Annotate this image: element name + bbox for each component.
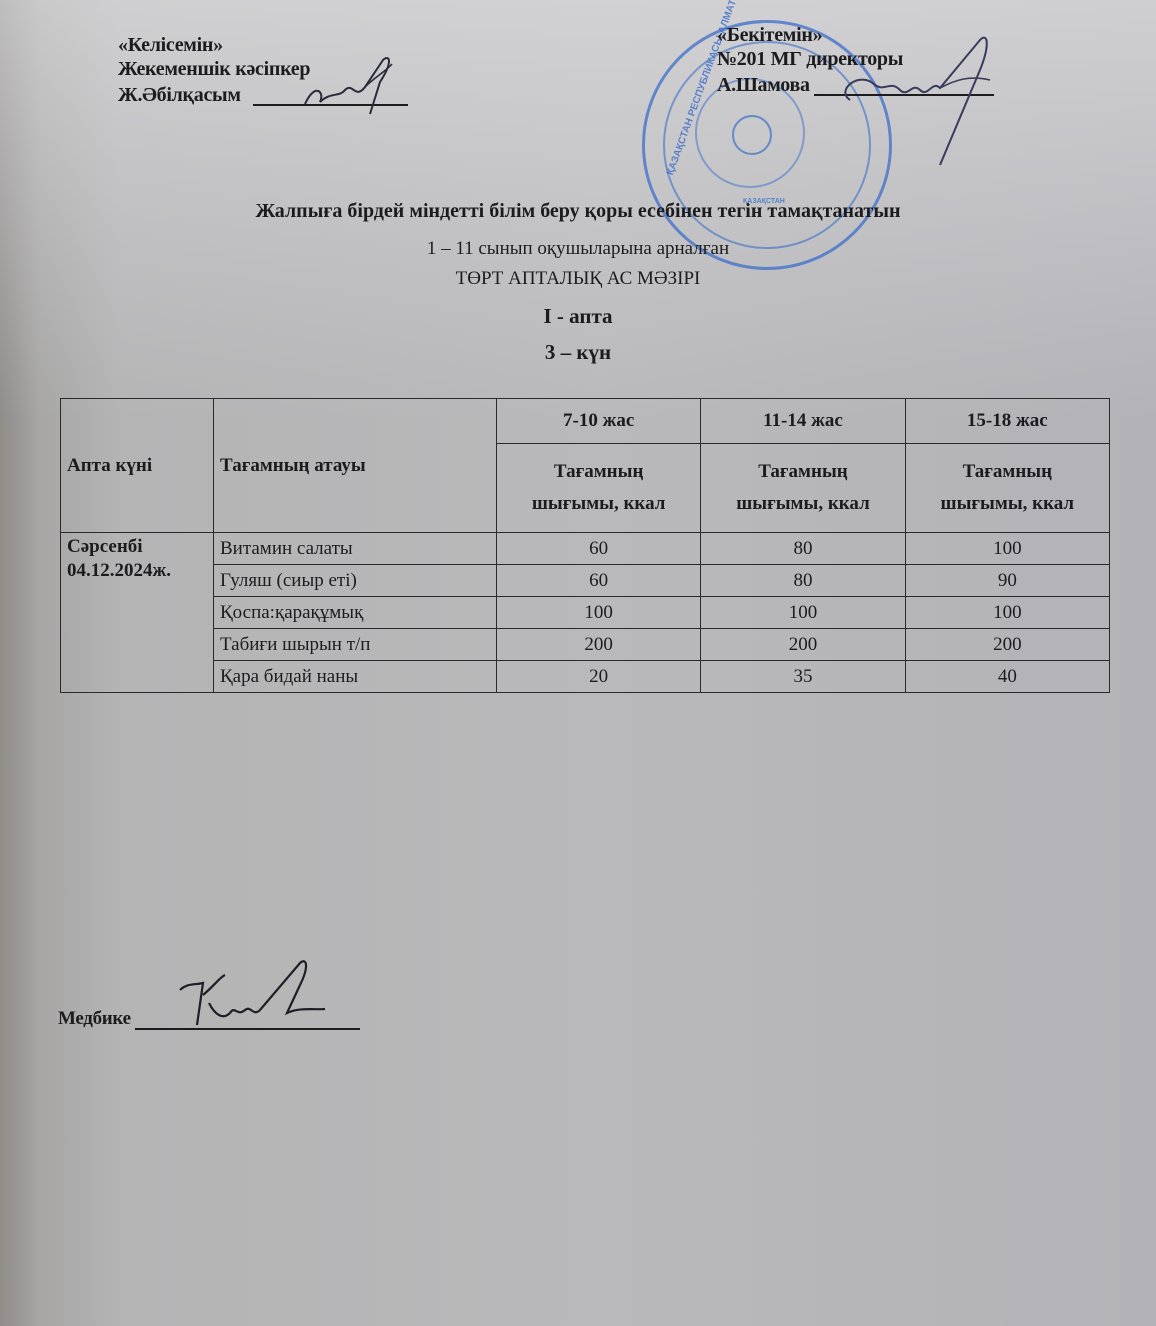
table-row: Гуляш (сиыр еті) 60 80 90 xyxy=(61,565,1110,597)
header-day: Апта күні xyxy=(61,399,214,533)
kcal-15-18: 100 xyxy=(905,597,1109,629)
kcal-7-10: 100 xyxy=(497,597,701,629)
subheader-yield: Тағамныңшығымы, ккал xyxy=(701,444,905,533)
kcal-15-18: 200 xyxy=(905,629,1109,661)
dish-name: Қара бидай наны xyxy=(214,661,497,693)
subheader-yield: Тағамныңшығымы, ккал xyxy=(497,444,701,533)
kcal-11-14: 80 xyxy=(701,533,905,565)
title-line-1: Жалпыға бірдей міндетті білім беру қоры … xyxy=(0,200,1156,223)
subheader-yield: Тағамныңшығымы, ккал xyxy=(905,444,1109,533)
dish-name: Табиғи шырын т/п xyxy=(214,629,497,661)
kcal-15-18: 40 xyxy=(905,661,1109,693)
kcal-11-14: 80 xyxy=(701,565,905,597)
signature-line-nurse xyxy=(135,1016,360,1030)
day-label: 3 – күн xyxy=(0,340,1156,365)
week-label: І - апта xyxy=(0,304,1156,329)
dish-name: Витамин салаты xyxy=(214,533,497,565)
approval-right-name: А.Шамова xyxy=(717,74,810,96)
approval-left-role: Жекеменшік кәсіпкер xyxy=(118,58,408,80)
kcal-7-10: 60 xyxy=(497,565,701,597)
kcal-7-10: 20 xyxy=(497,661,701,693)
table-row: Сәрсенбі04.12.2024ж. Витамин салаты 60 8… xyxy=(61,533,1110,565)
signature-line-right xyxy=(814,80,994,96)
approval-right-label: «Бекітемін» xyxy=(717,24,994,46)
menu-table: Апта күні Тағамның атауы 7-10 жас 11-14 … xyxy=(60,398,1110,693)
approval-right-block: «Бекітемін» №201 МГ директоры А.Шамова xyxy=(717,24,994,96)
nurse-label: Медбике xyxy=(58,1008,131,1029)
signature-line-left xyxy=(253,88,408,106)
header-age-15-18: 15-18 жас xyxy=(905,399,1109,444)
header-dish: Тағамның атауы xyxy=(214,399,497,533)
kcal-11-14: 100 xyxy=(701,597,905,629)
kcal-11-14: 35 xyxy=(701,661,905,693)
kcal-15-18: 100 xyxy=(905,533,1109,565)
dish-name: Гуляш (сиыр еті) xyxy=(214,565,497,597)
table-header-row: Апта күні Тағамның атауы 7-10 жас 11-14 … xyxy=(61,399,1110,444)
approval-left-block: «Келісемін» Жекеменшік кәсіпкер Ж.Әбілқа… xyxy=(118,34,408,106)
day-name: Сәрсенбі xyxy=(67,536,143,557)
table-row: Қоспа:қарақұмық 100 100 100 xyxy=(61,597,1110,629)
kcal-15-18: 90 xyxy=(905,565,1109,597)
approval-right-role: №201 МГ директоры xyxy=(717,48,994,70)
approval-left-name: Ж.Әбілқасым xyxy=(118,84,241,106)
title-line-3: ТӨРТ АПТАЛЫҚ АС МӘЗІРІ xyxy=(0,268,1156,290)
kcal-7-10: 60 xyxy=(497,533,701,565)
kcal-11-14: 200 xyxy=(701,629,905,661)
day-date: 04.12.2024ж. xyxy=(67,560,171,581)
day-cell: Сәрсенбі04.12.2024ж. xyxy=(61,533,214,693)
approval-left-label: «Келісемін» xyxy=(118,34,408,56)
title-line-2: 1 – 11 сынып оқушыларына арналған xyxy=(0,238,1156,260)
kcal-7-10: 200 xyxy=(497,629,701,661)
header-age-7-10: 7-10 жас xyxy=(497,399,701,444)
header-age-11-14: 11-14 жас xyxy=(701,399,905,444)
table-row: Табиғи шырын т/п 200 200 200 xyxy=(61,629,1110,661)
table-row: Қара бидай наны 20 35 40 xyxy=(61,661,1110,693)
dish-name: Қоспа:қарақұмық xyxy=(214,597,497,629)
nurse-block: Медбике xyxy=(58,1008,360,1030)
